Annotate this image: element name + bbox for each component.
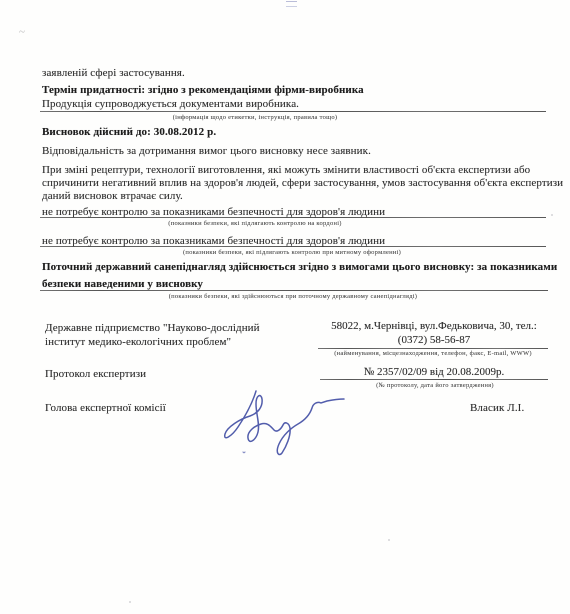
valid-until-heading: Висновок дійсний до: 30.08.2012 р. xyxy=(42,126,216,139)
recipe-change-line: При зміні рецептури, технології виготовл… xyxy=(42,164,530,177)
scan-smudge xyxy=(286,1,297,7)
underline-rule xyxy=(320,379,548,380)
protocol-number-block: № 2357/02/09 від 20.08.2009р. xyxy=(318,366,550,380)
protocol-label: Протокол експертизи xyxy=(45,368,146,381)
institution-phone: (0372) 58-56-87 xyxy=(318,334,550,348)
underline-rule xyxy=(40,111,546,112)
protocol-caption: (№ протоколу, дата його затвердження) xyxy=(330,382,540,390)
institution-caption: (найменування, місцезнаходження, телефон… xyxy=(320,350,546,358)
document-page: ~ заявленій сфері застосування. Термін п… xyxy=(0,0,570,614)
current-surveillance-heading: Поточний державний санепіднагляд здійсню… xyxy=(42,261,557,274)
underline-rule xyxy=(40,217,546,218)
scan-speck xyxy=(551,214,553,216)
underline-rule xyxy=(318,348,548,349)
scan-speck xyxy=(129,601,131,603)
continuation-text: заявленій сфері застосування. xyxy=(42,67,185,80)
commission-head-label: Голова експертної комісії xyxy=(45,402,166,415)
border-control-caption: (показники безпеки, які підлягають контр… xyxy=(150,220,360,228)
info-caption: (інформація щодо етикетки, інструкція, п… xyxy=(150,114,360,122)
customs-control-caption: (показники безпеки, які підлягають контр… xyxy=(122,249,462,257)
responsibility-line: Відповідальність за дотримання вимог цьо… xyxy=(42,145,371,158)
underline-rule xyxy=(40,246,546,247)
institution-contact-block: 58022, м.Чернівці, вул.Федьковича, 30, т… xyxy=(318,320,550,347)
institution-name: інститут медико-екологічних проблем" xyxy=(45,336,231,349)
protocol-number: № 2357/02/09 від 20.08.2009р. xyxy=(318,366,550,380)
recipe-change-line: даний висновок втрачає силу. xyxy=(42,190,183,203)
underline-rule xyxy=(40,290,548,291)
institution-address: 58022, м.Чернівці, вул.Федьковича, 30, т… xyxy=(318,320,550,334)
current-surveillance-caption: (показники безпеки, які здійснюються при… xyxy=(118,293,468,301)
recipe-change-line: спричинити негативний вплив на здоров'я … xyxy=(42,177,563,190)
commission-head-name: Власик Л.І. xyxy=(470,402,524,415)
signature xyxy=(213,383,347,471)
scan-smudge: ~ xyxy=(19,26,25,38)
shelf-life-heading: Термін придатності: згідно з рекомендаці… xyxy=(42,84,364,97)
scan-speck xyxy=(388,539,390,541)
producer-docs-line: Продукція супроводжується документами ви… xyxy=(42,98,299,111)
institution-name: Державне підприємство "Науково-дослідний xyxy=(45,322,260,335)
